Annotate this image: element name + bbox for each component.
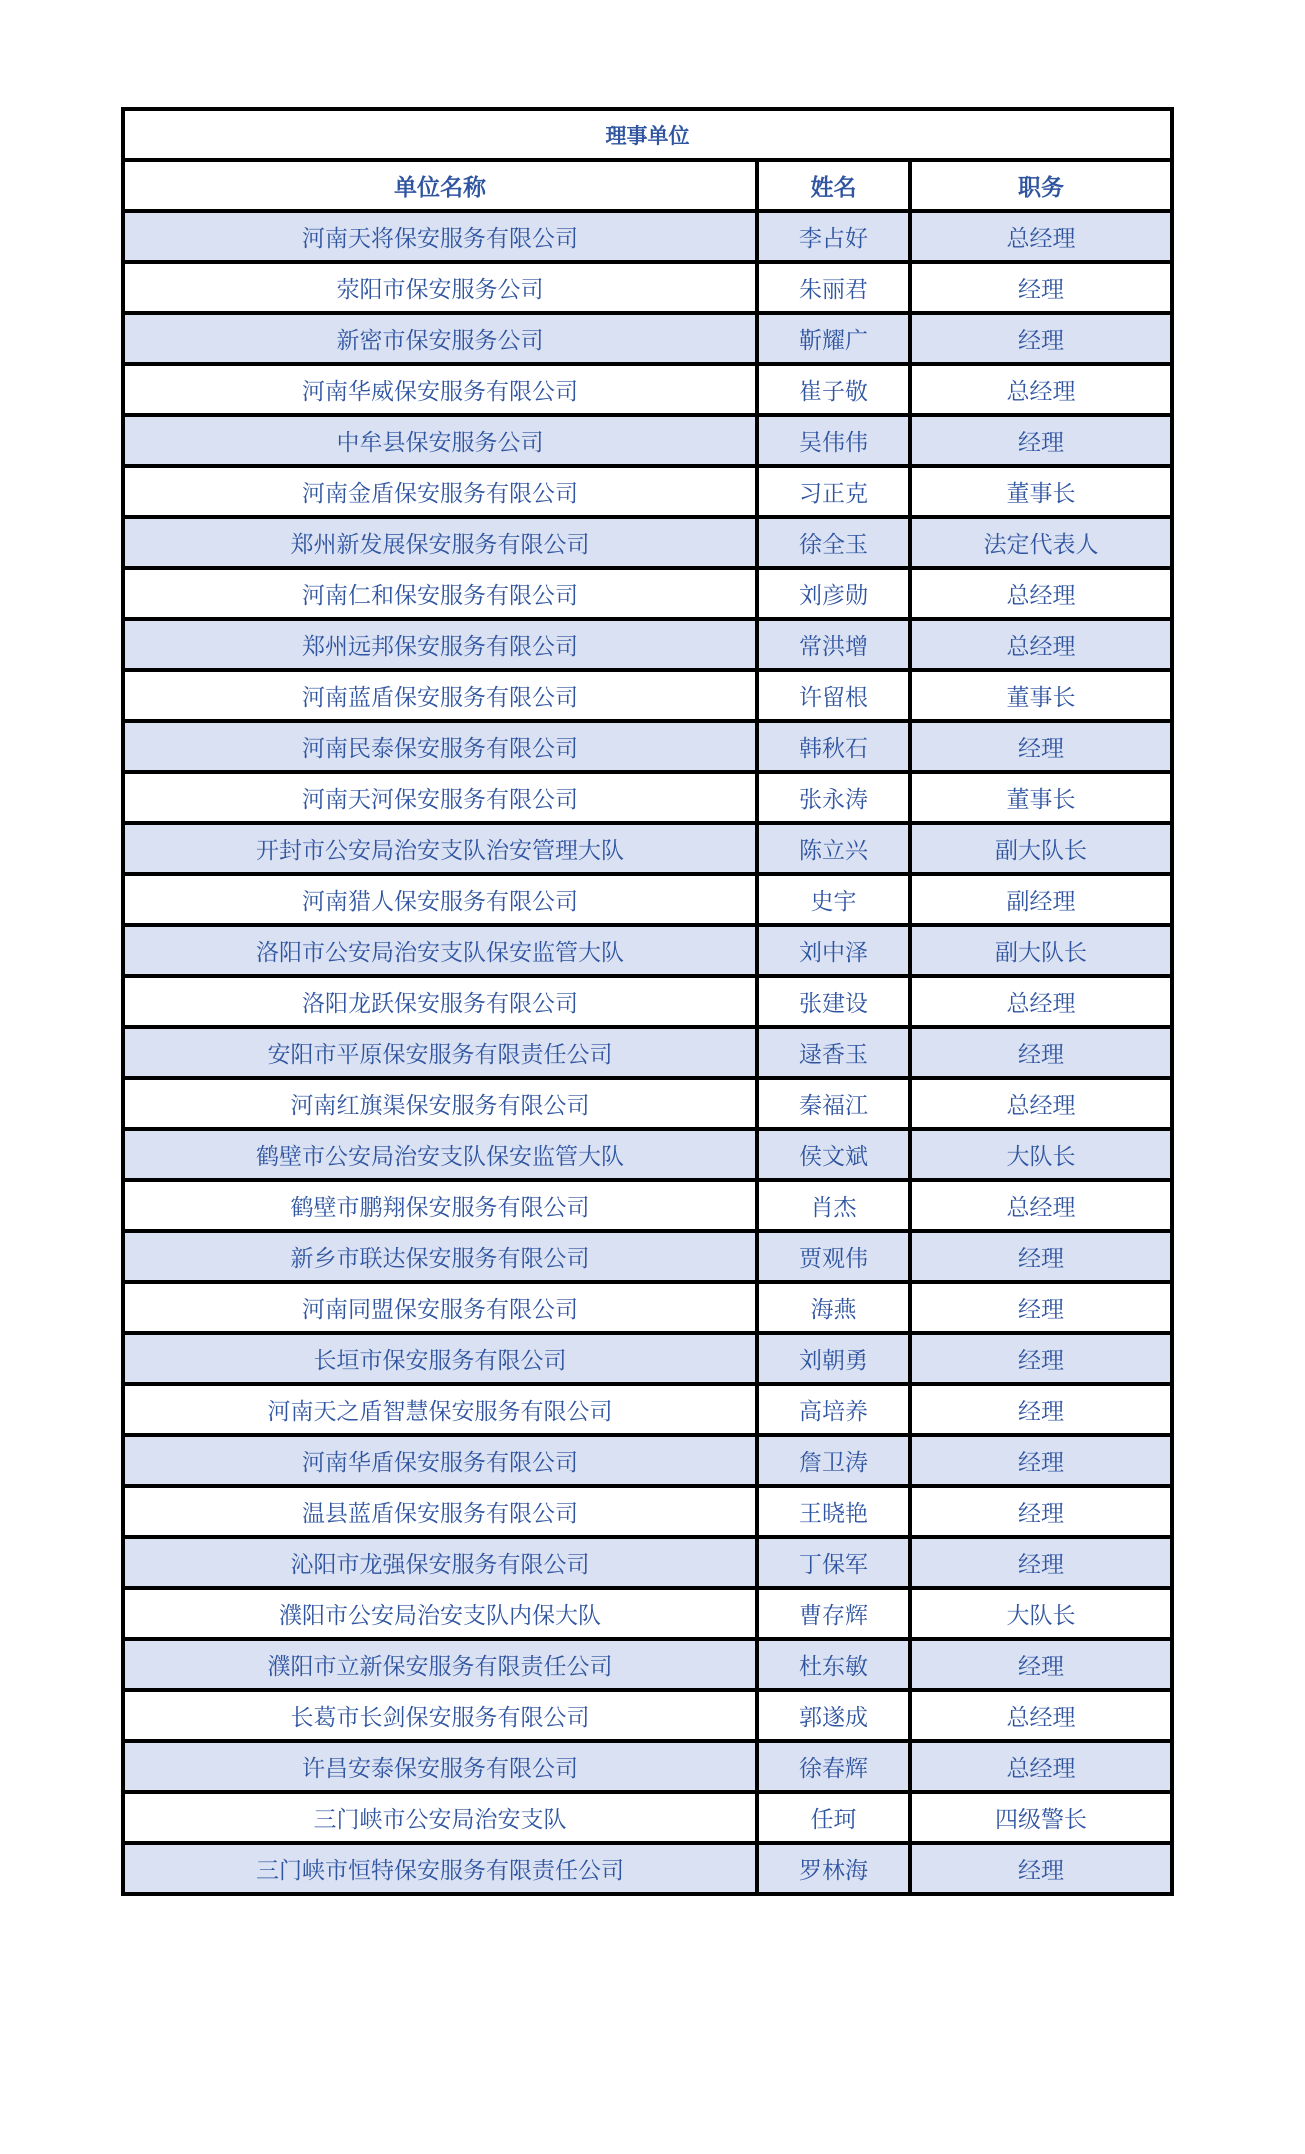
name-cell: 海燕	[757, 1282, 910, 1333]
unit-cell: 洛阳龙跃保安服务有限公司	[123, 976, 757, 1027]
position-cell: 经理	[910, 1435, 1172, 1486]
position-cell: 副经理	[910, 874, 1172, 925]
unit-cell: 沁阳市龙强保安服务有限公司	[123, 1537, 757, 1588]
unit-cell: 郑州远邦保安服务有限公司	[123, 619, 757, 670]
position-cell: 经理	[910, 1537, 1172, 1588]
position-cell: 经理	[910, 415, 1172, 466]
unit-cell: 长垣市保安服务有限公司	[123, 1333, 757, 1384]
name-cell: 罗林海	[757, 1843, 910, 1894]
position-cell: 经理	[910, 1027, 1172, 1078]
roster-sheet: 理事单位 单位名称 姓名 职务 河南天将保安服务有限公司李占好总经理 荥阳市保安…	[121, 107, 1170, 1896]
unit-cell: 三门峡市公安局治安支队	[123, 1792, 757, 1843]
unit-cell: 鹤壁市公安局治安支队保安监管大队	[123, 1129, 757, 1180]
unit-cell: 河南民泰保安服务有限公司	[123, 721, 757, 772]
unit-cell: 中牟县保安服务公司	[123, 415, 757, 466]
name-cell: 李占好	[757, 211, 910, 262]
position-cell: 大队长	[910, 1588, 1172, 1639]
unit-cell: 河南猎人保安服务有限公司	[123, 874, 757, 925]
name-cell: 吴伟伟	[757, 415, 910, 466]
position-cell: 副大队长	[910, 823, 1172, 874]
table-row: 河南民泰保安服务有限公司韩秋石经理	[123, 721, 1172, 772]
table-row: 洛阳龙跃保安服务有限公司张建设总经理	[123, 976, 1172, 1027]
name-cell: 高培养	[757, 1384, 910, 1435]
name-cell: 贾观伟	[757, 1231, 910, 1282]
table-row: 荥阳市保安服务公司朱丽君经理	[123, 262, 1172, 313]
name-cell: 詹卫涛	[757, 1435, 910, 1486]
table-row: 中牟县保安服务公司吴伟伟经理	[123, 415, 1172, 466]
table-header-row: 单位名称 姓名 职务	[123, 160, 1172, 211]
position-cell: 总经理	[910, 568, 1172, 619]
name-cell: 常洪增	[757, 619, 910, 670]
unit-cell: 河南仁和保安服务有限公司	[123, 568, 757, 619]
unit-cell: 河南同盟保安服务有限公司	[123, 1282, 757, 1333]
table-title-row: 理事单位	[123, 109, 1172, 160]
position-cell: 总经理	[910, 976, 1172, 1027]
table-row: 长垣市保安服务有限公司刘朝勇经理	[123, 1333, 1172, 1384]
unit-cell: 河南华盾保安服务有限公司	[123, 1435, 757, 1486]
table-row: 河南华盾保安服务有限公司詹卫涛经理	[123, 1435, 1172, 1486]
position-cell: 副大队长	[910, 925, 1172, 976]
unit-cell: 许昌安泰保安服务有限公司	[123, 1741, 757, 1792]
name-cell: 朱丽君	[757, 262, 910, 313]
name-cell: 曹存辉	[757, 1588, 910, 1639]
unit-cell: 新乡市联达保安服务有限公司	[123, 1231, 757, 1282]
position-cell: 经理	[910, 313, 1172, 364]
unit-cell: 三门峡市恒特保安服务有限责任公司	[123, 1843, 757, 1894]
position-cell: 总经理	[910, 1078, 1172, 1129]
unit-cell: 河南天河保安服务有限公司	[123, 772, 757, 823]
name-cell: 史宇	[757, 874, 910, 925]
table-row: 濮阳市立新保安服务有限责任公司杜东敏经理	[123, 1639, 1172, 1690]
table-row: 河南蓝盾保安服务有限公司许留根董事长	[123, 670, 1172, 721]
position-cell: 董事长	[910, 670, 1172, 721]
table-row: 鹤壁市公安局治安支队保安监管大队侯文斌大队长	[123, 1129, 1172, 1180]
name-cell: 张建设	[757, 976, 910, 1027]
position-cell: 法定代表人	[910, 517, 1172, 568]
name-cell: 丁保军	[757, 1537, 910, 1588]
table-row: 濮阳市公安局治安支队内保大队曹存辉大队长	[123, 1588, 1172, 1639]
unit-cell: 濮阳市立新保安服务有限责任公司	[123, 1639, 757, 1690]
name-cell: 刘朝勇	[757, 1333, 910, 1384]
table-row: 郑州新发展保安服务有限公司徐全玉法定代表人	[123, 517, 1172, 568]
name-cell: 徐春辉	[757, 1741, 910, 1792]
unit-cell: 长葛市长剑保安服务有限公司	[123, 1690, 757, 1741]
name-cell: 郭遂成	[757, 1690, 910, 1741]
unit-cell: 新密市保安服务公司	[123, 313, 757, 364]
name-cell: 许留根	[757, 670, 910, 721]
position-cell: 总经理	[910, 1741, 1172, 1792]
unit-cell: 荥阳市保安服务公司	[123, 262, 757, 313]
unit-cell: 郑州新发展保安服务有限公司	[123, 517, 757, 568]
position-cell: 董事长	[910, 772, 1172, 823]
name-cell: 靳耀广	[757, 313, 910, 364]
unit-cell: 河南华威保安服务有限公司	[123, 364, 757, 415]
unit-cell: 河南金盾保安服务有限公司	[123, 466, 757, 517]
council-members-table: 理事单位 单位名称 姓名 职务 河南天将保安服务有限公司李占好总经理 荥阳市保安…	[121, 107, 1174, 1896]
column-header-position: 职务	[910, 160, 1172, 211]
unit-cell: 开封市公安局治安支队治安管理大队	[123, 823, 757, 874]
unit-cell: 河南天之盾智慧保安服务有限公司	[123, 1384, 757, 1435]
unit-cell: 安阳市平原保安服务有限责任公司	[123, 1027, 757, 1078]
position-cell: 董事长	[910, 466, 1172, 517]
name-cell: 习正克	[757, 466, 910, 517]
position-cell: 经理	[910, 262, 1172, 313]
unit-cell: 濮阳市公安局治安支队内保大队	[123, 1588, 757, 1639]
table-row: 河南红旗渠保安服务有限公司秦福江总经理	[123, 1078, 1172, 1129]
name-cell: 肖杰	[757, 1180, 910, 1231]
table-row: 河南天之盾智慧保安服务有限公司高培养经理	[123, 1384, 1172, 1435]
table-title: 理事单位	[123, 109, 1172, 160]
table-row: 三门峡市公安局治安支队任珂四级警长	[123, 1792, 1172, 1843]
position-cell: 经理	[910, 1282, 1172, 1333]
table-row: 温县蓝盾保安服务有限公司王晓艳经理	[123, 1486, 1172, 1537]
position-cell: 总经理	[910, 1690, 1172, 1741]
table-row: 河南华威保安服务有限公司崔子敬总经理	[123, 364, 1172, 415]
table-row: 新乡市联达保安服务有限公司贾观伟经理	[123, 1231, 1172, 1282]
position-cell: 总经理	[910, 1180, 1172, 1231]
unit-cell: 鹤壁市鹏翔保安服务有限公司	[123, 1180, 757, 1231]
position-cell: 经理	[910, 1639, 1172, 1690]
name-cell: 陈立兴	[757, 823, 910, 874]
table-row: 三门峡市恒特保安服务有限责任公司罗林海经理	[123, 1843, 1172, 1894]
table-row: 洛阳市公安局治安支队保安监管大队刘中泽副大队长	[123, 925, 1172, 976]
table-row: 许昌安泰保安服务有限公司徐春辉总经理	[123, 1741, 1172, 1792]
unit-cell: 温县蓝盾保安服务有限公司	[123, 1486, 757, 1537]
name-cell: 崔子敬	[757, 364, 910, 415]
position-cell: 总经理	[910, 364, 1172, 415]
position-cell: 总经理	[910, 619, 1172, 670]
position-cell: 经理	[910, 1384, 1172, 1435]
table-row: 河南仁和保安服务有限公司刘彦勋总经理	[123, 568, 1172, 619]
unit-cell: 河南红旗渠保安服务有限公司	[123, 1078, 757, 1129]
name-cell: 逯香玉	[757, 1027, 910, 1078]
unit-cell: 洛阳市公安局治安支队保安监管大队	[123, 925, 757, 976]
table-row: 长葛市长剑保安服务有限公司郭遂成总经理	[123, 1690, 1172, 1741]
table-row: 鹤壁市鹏翔保安服务有限公司肖杰总经理	[123, 1180, 1172, 1231]
position-cell: 经理	[910, 1333, 1172, 1384]
table-row: 河南天将保安服务有限公司李占好总经理	[123, 211, 1172, 262]
position-cell: 四级警长	[910, 1792, 1172, 1843]
column-header-unit: 单位名称	[123, 160, 757, 211]
position-cell: 经理	[910, 1843, 1172, 1894]
position-cell: 总经理	[910, 211, 1172, 262]
table-row: 沁阳市龙强保安服务有限公司丁保军经理	[123, 1537, 1172, 1588]
position-cell: 经理	[910, 1486, 1172, 1537]
table-row: 河南同盟保安服务有限公司海燕经理	[123, 1282, 1172, 1333]
table-row: 开封市公安局治安支队治安管理大队陈立兴副大队长	[123, 823, 1172, 874]
table-row: 河南金盾保安服务有限公司习正克董事长	[123, 466, 1172, 517]
table-row: 河南猎人保安服务有限公司史宇副经理	[123, 874, 1172, 925]
unit-cell: 河南蓝盾保安服务有限公司	[123, 670, 757, 721]
table-row: 郑州远邦保安服务有限公司常洪增总经理	[123, 619, 1172, 670]
table-row: 新密市保安服务公司靳耀广经理	[123, 313, 1172, 364]
column-header-name: 姓名	[757, 160, 910, 211]
position-cell: 经理	[910, 1231, 1172, 1282]
name-cell: 侯文斌	[757, 1129, 910, 1180]
name-cell: 王晓艳	[757, 1486, 910, 1537]
unit-cell: 河南天将保安服务有限公司	[123, 211, 757, 262]
position-cell: 大队长	[910, 1129, 1172, 1180]
name-cell: 徐全玉	[757, 517, 910, 568]
table-row: 安阳市平原保安服务有限责任公司逯香玉经理	[123, 1027, 1172, 1078]
name-cell: 刘中泽	[757, 925, 910, 976]
name-cell: 刘彦勋	[757, 568, 910, 619]
name-cell: 张永涛	[757, 772, 910, 823]
name-cell: 韩秋石	[757, 721, 910, 772]
position-cell: 经理	[910, 721, 1172, 772]
name-cell: 杜东敏	[757, 1639, 910, 1690]
table-body: 河南天将保安服务有限公司李占好总经理 荥阳市保安服务公司朱丽君经理 新密市保安服…	[123, 211, 1172, 1894]
table-row: 河南天河保安服务有限公司张永涛董事长	[123, 772, 1172, 823]
name-cell: 任珂	[757, 1792, 910, 1843]
name-cell: 秦福江	[757, 1078, 910, 1129]
